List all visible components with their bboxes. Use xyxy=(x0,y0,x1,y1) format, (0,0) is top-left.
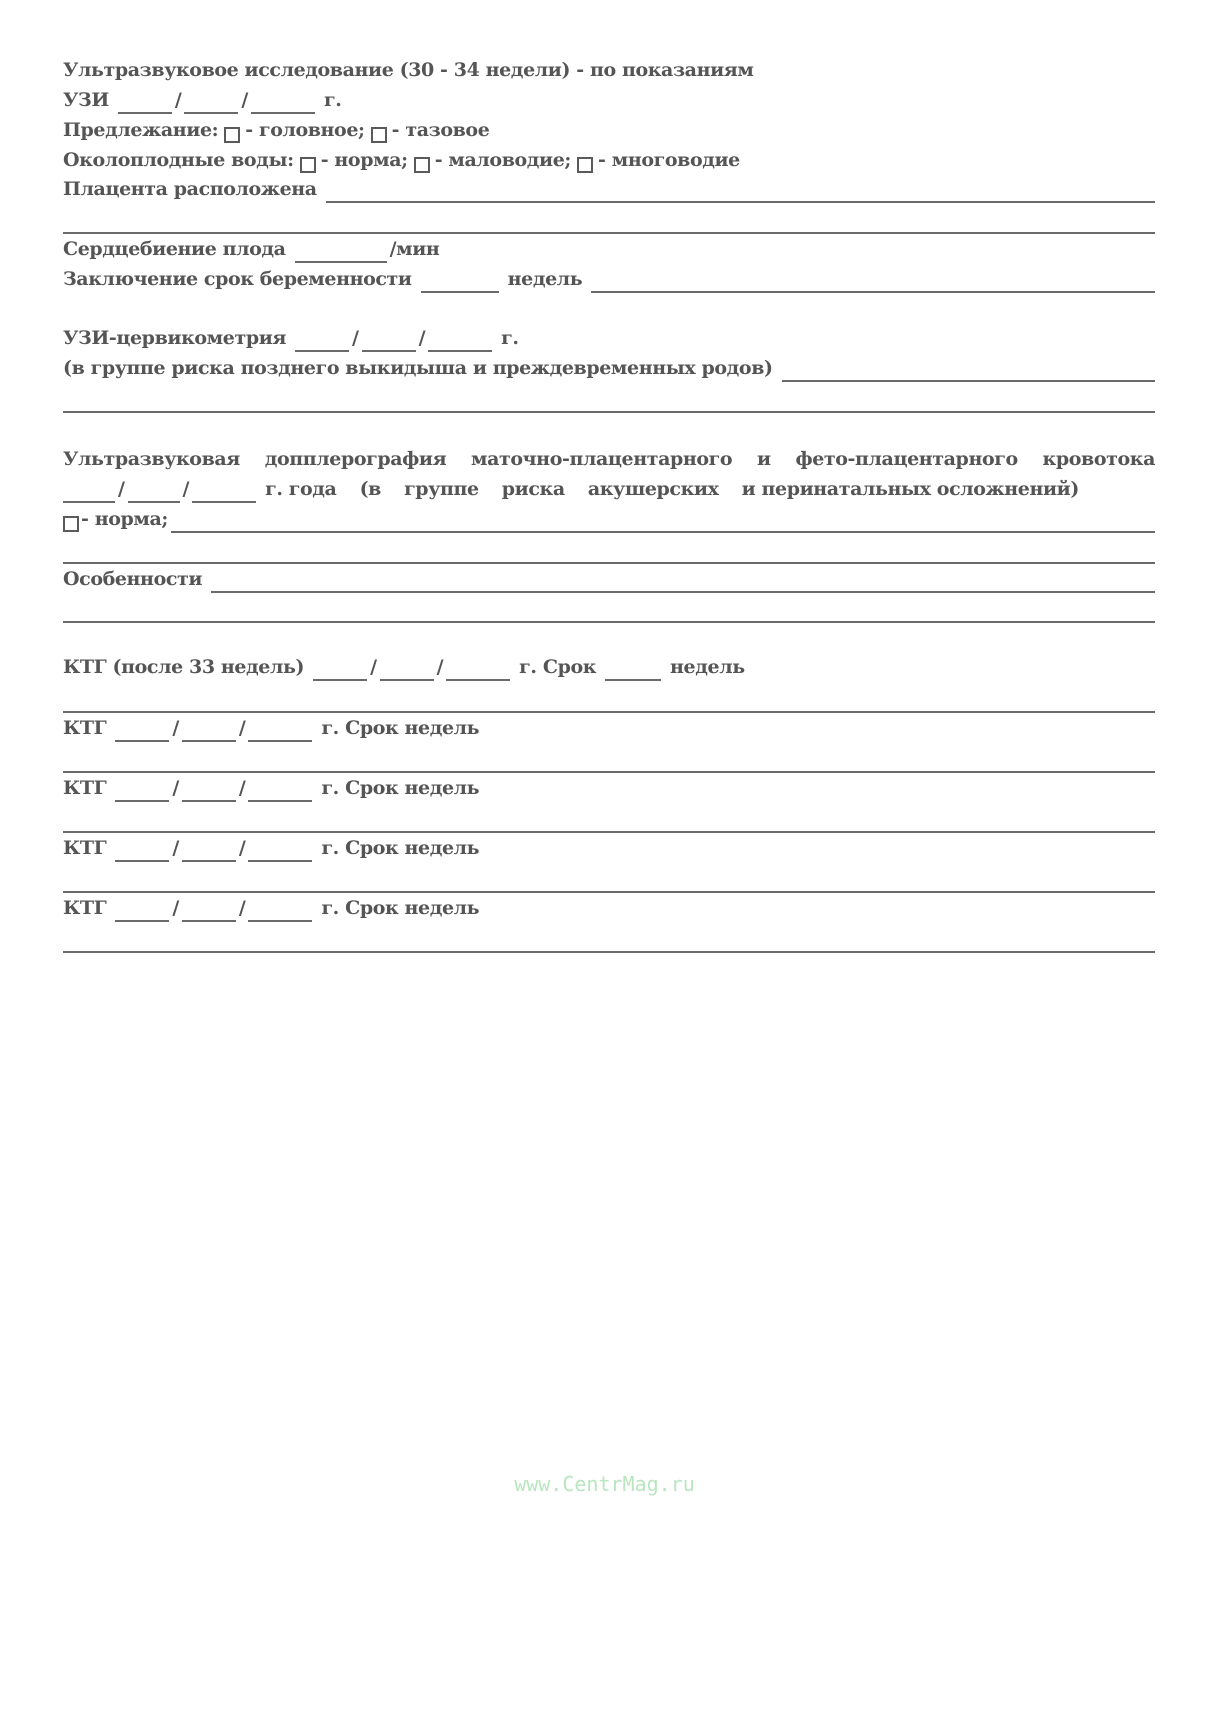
cervicometry-day-field[interactable] xyxy=(295,330,349,352)
fluid-poly-label: - многоводие xyxy=(598,146,740,174)
ktg-term-label: г. Срок недель xyxy=(321,834,479,862)
ktg-row: КТГ // г. Срок недель xyxy=(63,714,1155,742)
doppler-norm-checkbox[interactable] xyxy=(63,516,79,532)
cervicometry-result-line-2[interactable] xyxy=(63,411,1155,413)
heartbeat-row: Сердцебиение плода /мин xyxy=(63,235,1155,263)
uzi-date-row: УЗИ // г. xyxy=(63,86,1155,114)
heartbeat-field[interactable] xyxy=(295,241,387,263)
doppler-title-word: фето-плацентарного xyxy=(795,445,1017,473)
date-separator: / xyxy=(172,774,179,802)
watermark: www.CentrMag.ru xyxy=(0,1472,1209,1496)
doppler-date-row: // г. года (в группе риска акушерских и … xyxy=(63,475,1079,503)
doppler-norm-row: - норма; xyxy=(63,505,1155,533)
presentation-head-checkbox[interactable] xyxy=(224,127,240,143)
date-separator: / xyxy=(172,834,179,862)
ktg-result-line[interactable] xyxy=(63,831,1155,833)
cervicometry-year-field[interactable] xyxy=(428,330,492,352)
presentation-breech-checkbox[interactable] xyxy=(371,127,387,143)
ktg-term-label: г. Срок недель xyxy=(321,774,479,802)
date-separator: / xyxy=(370,653,377,681)
doppler-title-word: маточно-плацентарного xyxy=(471,445,732,473)
date-separator: / xyxy=(239,834,246,862)
ktg-day-field[interactable] xyxy=(115,780,169,802)
doppler-result-line-2[interactable] xyxy=(63,562,1155,564)
date-separator: / xyxy=(239,774,246,802)
ktg-row: КТГ // г. Срок недель xyxy=(63,834,1155,862)
doppler-month-field[interactable] xyxy=(128,481,180,503)
date-separator: / xyxy=(239,894,246,922)
amniotic-fluid-label: Околоплодные воды: xyxy=(63,146,294,174)
cervicometry-row: УЗИ-цервикометрия // г. xyxy=(63,324,1155,352)
features-row: Особенности xyxy=(63,565,1155,593)
ultrasound-title: Ультразвуковое исследование (30 - 34 нед… xyxy=(63,56,1155,84)
doppler-note-word: и перинатальных осложнений) xyxy=(742,475,1079,503)
year-suffix: г. xyxy=(501,324,518,352)
ktg-label: КТГ xyxy=(63,834,106,862)
date-separator: / xyxy=(437,653,444,681)
cervicometry-month-field[interactable] xyxy=(362,330,416,352)
ktg-month-field[interactable] xyxy=(182,720,236,742)
conclusion-label: Заключение срок беременности xyxy=(63,265,412,293)
ktg-first-month-field[interactable] xyxy=(380,659,434,681)
ktg-result-line[interactable] xyxy=(63,951,1155,953)
date-separator: / xyxy=(183,475,190,503)
doppler-title-word: кровотока xyxy=(1043,445,1155,473)
ktg-row: КТГ // г. Срок недель xyxy=(63,774,1155,802)
ktg-label: КТГ xyxy=(63,894,106,922)
fluid-normal-checkbox[interactable] xyxy=(300,157,316,173)
amniotic-fluid-row: Околоплодные воды: - норма; - маловодие;… xyxy=(63,146,1155,174)
heartbeat-unit: /мин xyxy=(390,235,440,263)
placenta-field[interactable] xyxy=(326,181,1155,203)
features-field[interactable] xyxy=(211,571,1155,593)
ktg-day-field[interactable] xyxy=(115,900,169,922)
ktg-first-year-field[interactable] xyxy=(446,659,510,681)
ktg-year-field[interactable] xyxy=(248,780,312,802)
date-separator: / xyxy=(419,324,426,352)
doppler-note-word: группе xyxy=(404,475,479,503)
doppler-note-word: (в xyxy=(360,475,381,503)
gestation-weeks-field[interactable] xyxy=(421,271,499,293)
presentation-label: Предлежание: xyxy=(63,116,218,144)
date-separator: / xyxy=(352,324,359,352)
placenta-field-line-2[interactable] xyxy=(63,232,1155,234)
ktg-first-row: КТГ (после 33 недель) // г. Срок недель xyxy=(63,653,1155,681)
cervicometry-label: УЗИ-цервикометрия xyxy=(63,324,286,352)
ktg-row: КТГ // г. Срок недель xyxy=(63,894,1155,922)
ktg-label: КТГ xyxy=(63,774,106,802)
ktg-month-field[interactable] xyxy=(182,900,236,922)
ktg-term-label: г. Срок недель xyxy=(321,894,479,922)
ktg-first-weeks-field[interactable] xyxy=(605,659,661,681)
doppler-norm-label: - норма; xyxy=(81,505,168,533)
ultrasound-title-text: Ультразвуковое исследование (30 - 34 нед… xyxy=(63,56,754,84)
features-label: Особенности xyxy=(63,565,202,593)
fluid-oligo-label: - маловодие; xyxy=(435,146,571,174)
placenta-row: Плацента расположена xyxy=(63,175,1155,203)
cervicometry-note: (в группе риска позднего выкидыша и преж… xyxy=(63,354,773,382)
date-separator: / xyxy=(241,86,248,114)
ktg-year-field[interactable] xyxy=(248,900,312,922)
conclusion-field[interactable] xyxy=(591,271,1155,293)
doppler-title-word: Ультразвуковая xyxy=(63,445,240,473)
ktg-result-line[interactable] xyxy=(63,771,1155,773)
doppler-date: // г. года xyxy=(63,475,336,503)
features-line-2[interactable] xyxy=(63,621,1155,623)
placenta-label: Плацента расположена xyxy=(63,175,317,203)
ktg-year-field[interactable] xyxy=(248,720,312,742)
ktg-first-term-label: г. Срок xyxy=(519,653,596,681)
doppler-note-word: акушерских xyxy=(588,475,719,503)
presentation-row: Предлежание: - головное; - тазовое xyxy=(63,116,1155,144)
conclusion-row: Заключение срок беременности недель xyxy=(63,265,1155,293)
ktg-result-line[interactable] xyxy=(63,891,1155,893)
cervicometry-note-row: (в группе риска позднего выкидыша и преж… xyxy=(63,354,1155,382)
fluid-normal-label: - норма; xyxy=(321,146,408,174)
doppler-day-field[interactable] xyxy=(63,481,115,503)
uzi-month-field[interactable] xyxy=(184,92,238,114)
year-suffix: г. xyxy=(324,86,341,114)
doppler-date-suffix: г. года xyxy=(265,475,336,503)
ktg-month-field[interactable] xyxy=(182,780,236,802)
date-separator: / xyxy=(118,475,125,503)
fluid-oligo-checkbox[interactable] xyxy=(414,157,430,173)
ktg-first-day-field[interactable] xyxy=(313,659,367,681)
ktg-day-field[interactable] xyxy=(115,840,169,862)
doppler-title-word: и xyxy=(757,445,771,473)
uzi-year-field[interactable] xyxy=(251,92,315,114)
date-separator: / xyxy=(175,86,182,114)
doppler-title-row: Ультразвуковая допплерография маточно-пл… xyxy=(63,445,1155,473)
date-separator: / xyxy=(172,894,179,922)
doppler-note-word: риска xyxy=(502,475,565,503)
doppler-title-word: допплерография xyxy=(265,445,447,473)
doppler-result-field[interactable] xyxy=(171,511,1155,533)
ktg-first-result-line[interactable] xyxy=(63,711,1155,713)
presentation-head-label: - головное; xyxy=(245,116,364,144)
presentation-breech-label: - тазовое xyxy=(392,116,490,144)
cervicometry-result-field[interactable] xyxy=(782,360,1155,382)
uzi-day-field[interactable] xyxy=(118,92,172,114)
weeks-label: недель xyxy=(508,265,583,293)
uzi-label: УЗИ xyxy=(63,86,109,114)
ktg-label: КТГ xyxy=(63,714,106,742)
ktg-month-field[interactable] xyxy=(182,840,236,862)
ktg-first-weeks-label: недель xyxy=(670,653,745,681)
date-separator: / xyxy=(239,714,246,742)
ktg-term-label: г. Срок недель xyxy=(321,714,479,742)
fluid-poly-checkbox[interactable] xyxy=(577,157,593,173)
ktg-first-label: КТГ (после 33 недель) xyxy=(63,653,304,681)
doppler-year-field[interactable] xyxy=(192,481,256,503)
ktg-day-field[interactable] xyxy=(115,720,169,742)
heartbeat-label: Сердцебиение плода xyxy=(63,235,286,263)
ktg-year-field[interactable] xyxy=(248,840,312,862)
date-separator: / xyxy=(172,714,179,742)
